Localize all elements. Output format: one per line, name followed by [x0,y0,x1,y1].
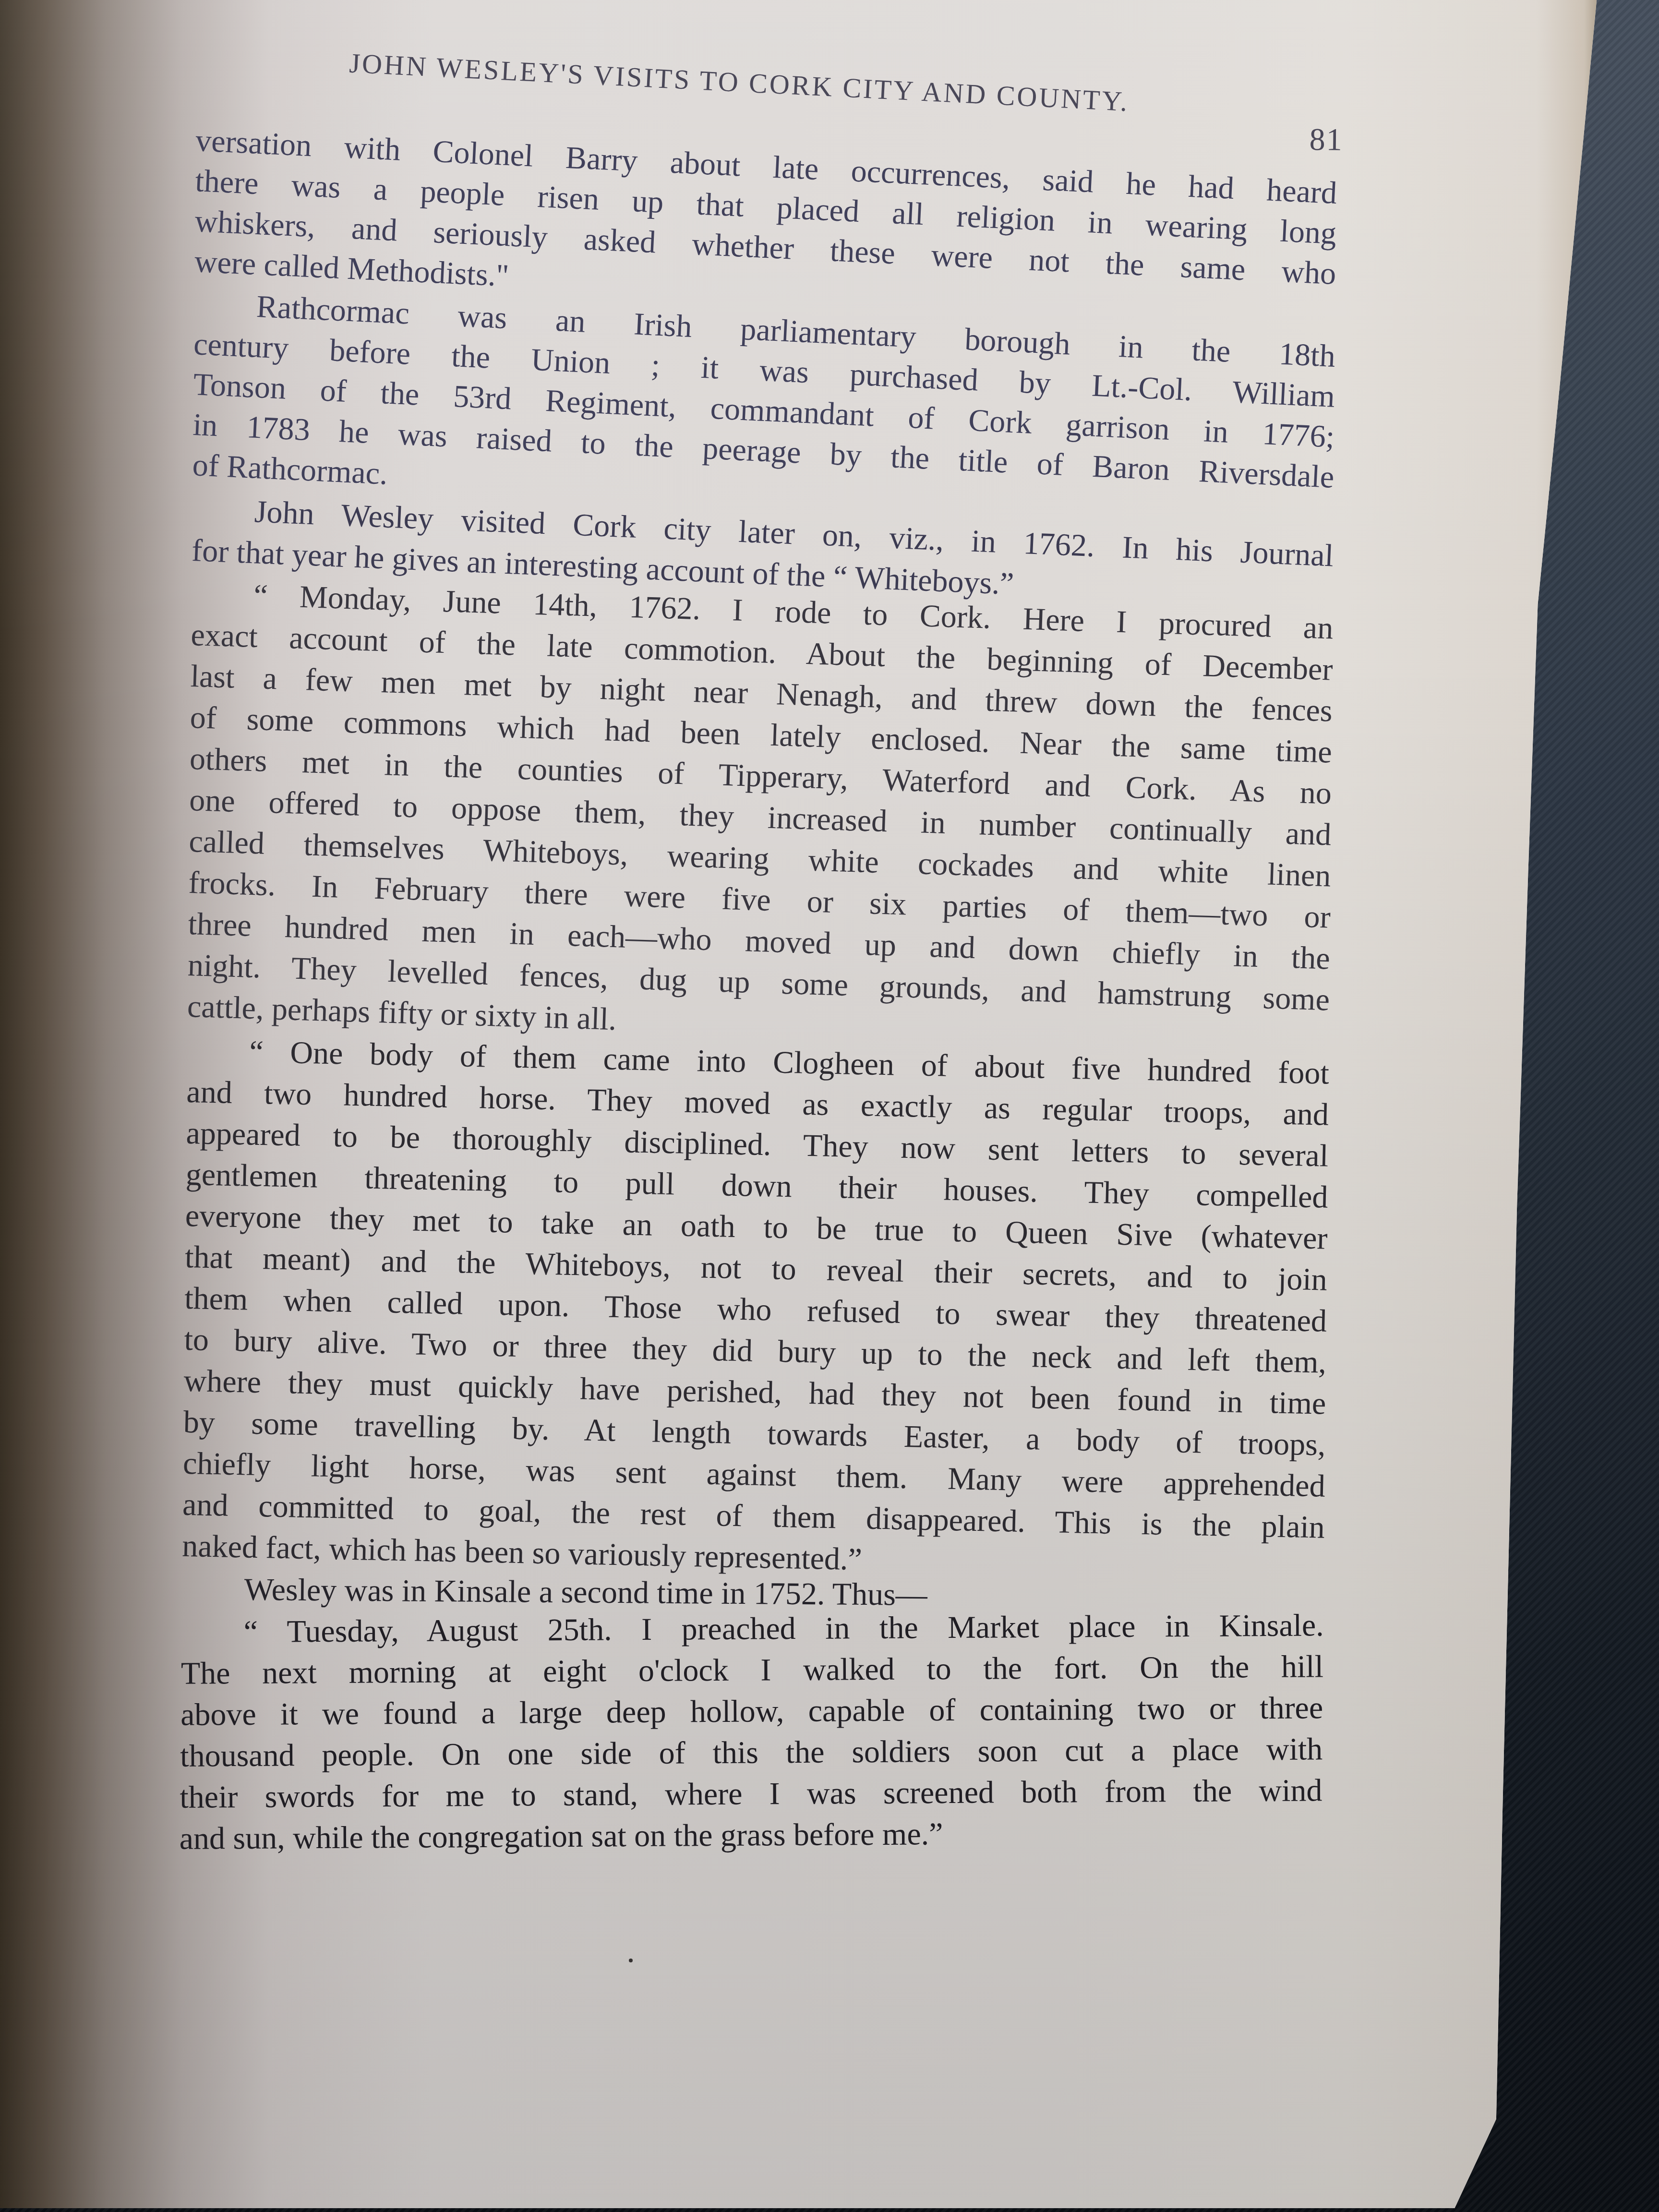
text-line: their swords for me to stand, where I wa… [180,1770,1322,1818]
paragraph-clogheen: “ One body of them came into Clogheen of… [182,1030,1330,1576]
paragraph-journal-august: “ Tuesday, August 25th. I preached in th… [179,1612,1324,1869]
text-line: thousand people. On one side of this the… [180,1729,1322,1777]
running-head-title: John Wesley's Visits to Cork City and Co… [349,47,1130,118]
paragraph-journal-june: “ Monday, June 14th, 1762. I rode to Cor… [187,573,1334,1036]
text-line: The next morning at eight o'clock I walk… [181,1646,1323,1695]
body-text: versation with Colonel Barry about late … [179,120,1338,1869]
text-line: and sun, while the congregation sat on t… [179,1811,1322,1860]
paragraph-barry: versation with Colonel Barry about late … [194,120,1338,291]
paper-speck [629,1959,633,1962]
text-line: above it we found a large deep hollow, c… [180,1687,1323,1736]
page-text-block: John Wesley's Visits to Cork City and Co… [179,19,1339,1869]
running-head: John Wesley's Visits to Cork City and Co… [196,19,1339,110]
text-line: “ Tuesday, August 25th. I preached in th… [181,1605,1324,1653]
